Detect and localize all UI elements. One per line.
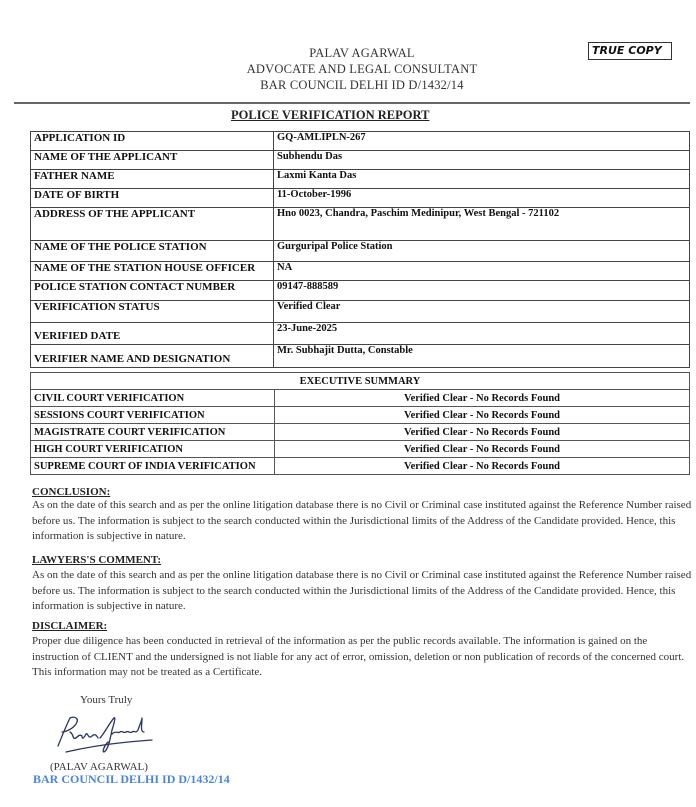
lawyers-comment-text: As on the date of this search and as per…: [32, 568, 692, 615]
conclusion-text: As on the date of this search and as per…: [32, 498, 692, 545]
table-row: NAME OF THE APPLICANT Subhendu Das: [31, 151, 690, 170]
closing-text: Yours Truly: [80, 694, 132, 706]
court-status: Verified Clear - No Records Found: [275, 390, 690, 407]
detail-label: FATHER NAME: [31, 170, 274, 189]
table-row: VERIFIED DATE 23-June-2025: [31, 323, 690, 345]
detail-label: ADDRESS OF THE APPLICANT: [31, 208, 274, 241]
detail-value: Laxmi Kanta Das: [274, 170, 690, 189]
table-row: HIGH COURT VERIFICATION Verified Clear -…: [31, 441, 690, 458]
lawyers-comment-heading: LAWYERS'S COMMENT:: [32, 554, 161, 566]
detail-label: NAME OF THE APPLICANT: [31, 151, 274, 170]
applicant-details-table: APPLICATION ID GQ-AMLIPLN-267 NAME OF TH…: [30, 131, 690, 368]
detail-value: 23-June-2025: [274, 323, 690, 345]
table-row: DATE OF BIRTH 11-October-1996: [31, 189, 690, 208]
detail-label: VERIFIER NAME AND DESIGNATION: [31, 345, 274, 368]
court-label: HIGH COURT VERIFICATION: [31, 441, 275, 458]
report-title: POLICE VERIFICATION REPORT: [231, 108, 429, 123]
table-row: APPLICATION ID GQ-AMLIPLN-267: [31, 132, 690, 151]
detail-value: Mr. Subhajit Dutta, Constable: [274, 345, 690, 368]
disclaimer-text: Proper due diligence has been conducted …: [32, 634, 692, 681]
detail-value: Verified Clear: [274, 301, 690, 323]
detail-label: VERIFIED DATE: [31, 323, 274, 345]
detail-value: Gurguripal Police Station: [274, 241, 690, 262]
detail-value: 11-October-1996: [274, 189, 690, 208]
table-row: POLICE STATION CONTACT NUMBER 09147-8885…: [31, 281, 690, 301]
table-row: MAGISTRATE COURT VERIFICATION Verified C…: [31, 424, 690, 441]
detail-value: GQ-AMLIPLN-267: [274, 132, 690, 151]
header-divider: [14, 102, 690, 104]
detail-label: NAME OF THE POLICE STATION: [31, 241, 274, 262]
detail-value: 09147-888589: [274, 281, 690, 301]
table-row: ADDRESS OF THE APPLICANT Hno 0023, Chand…: [31, 208, 690, 241]
court-label: MAGISTRATE COURT VERIFICATION: [31, 424, 275, 441]
detail-value: Subhendu Das: [274, 151, 690, 170]
table-row: SESSIONS COURT VERIFICATION Verified Cle…: [31, 407, 690, 424]
advocate-bar-id: BAR COUNCIL DELHI ID D/1432/14: [14, 78, 696, 93]
detail-label: DATE OF BIRTH: [31, 189, 274, 208]
court-label: CIVIL COURT VERIFICATION: [31, 390, 275, 407]
court-label: SUPREME COURT OF INDIA VERIFICATION: [31, 458, 275, 475]
table-header-row: EXECUTIVE SUMMARY: [31, 373, 690, 390]
court-label: SESSIONS COURT VERIFICATION: [31, 407, 275, 424]
executive-summary-table: EXECUTIVE SUMMARY CIVIL COURT VERIFICATI…: [30, 372, 690, 475]
detail-value: NA: [274, 262, 690, 281]
detail-value: Hno 0023, Chandra, Paschim Medinipur, We…: [274, 208, 690, 241]
table-row: VERIFICATION STATUS Verified Clear: [31, 301, 690, 323]
table-row: CIVIL COURT VERIFICATION Verified Clear …: [31, 390, 690, 407]
conclusion-heading: CONCLUSION:: [32, 486, 110, 498]
signature-icon: [52, 712, 156, 758]
court-status: Verified Clear - No Records Found: [275, 441, 690, 458]
advocate-designation: ADVOCATE AND LEGAL CONSULTANT: [14, 62, 696, 77]
executive-summary-heading: EXECUTIVE SUMMARY: [31, 373, 690, 390]
detail-label: APPLICATION ID: [31, 132, 274, 151]
court-status: Verified Clear - No Records Found: [275, 424, 690, 441]
table-row: VERIFIER NAME AND DESIGNATION Mr. Subhaj…: [31, 345, 690, 368]
disclaimer-heading: DISCLAIMER:: [32, 620, 107, 632]
court-status: Verified Clear - No Records Found: [275, 458, 690, 475]
detail-label: VERIFICATION STATUS: [31, 301, 274, 323]
detail-label: NAME OF THE STATION HOUSE OFFICER: [31, 262, 274, 281]
table-row: NAME OF THE POLICE STATION Gurguripal Po…: [31, 241, 690, 262]
court-status: Verified Clear - No Records Found: [275, 407, 690, 424]
table-row: FATHER NAME Laxmi Kanta Das: [31, 170, 690, 189]
signatory-bar-id: BAR COUNCIL DELHI ID D/1432/14: [33, 772, 230, 787]
table-row: NAME OF THE STATION HOUSE OFFICER NA: [31, 262, 690, 281]
true-copy-stamp: TRUE COPY: [588, 42, 672, 60]
table-row: SUPREME COURT OF INDIA VERIFICATION Veri…: [31, 458, 690, 475]
detail-label: POLICE STATION CONTACT NUMBER: [31, 281, 274, 301]
